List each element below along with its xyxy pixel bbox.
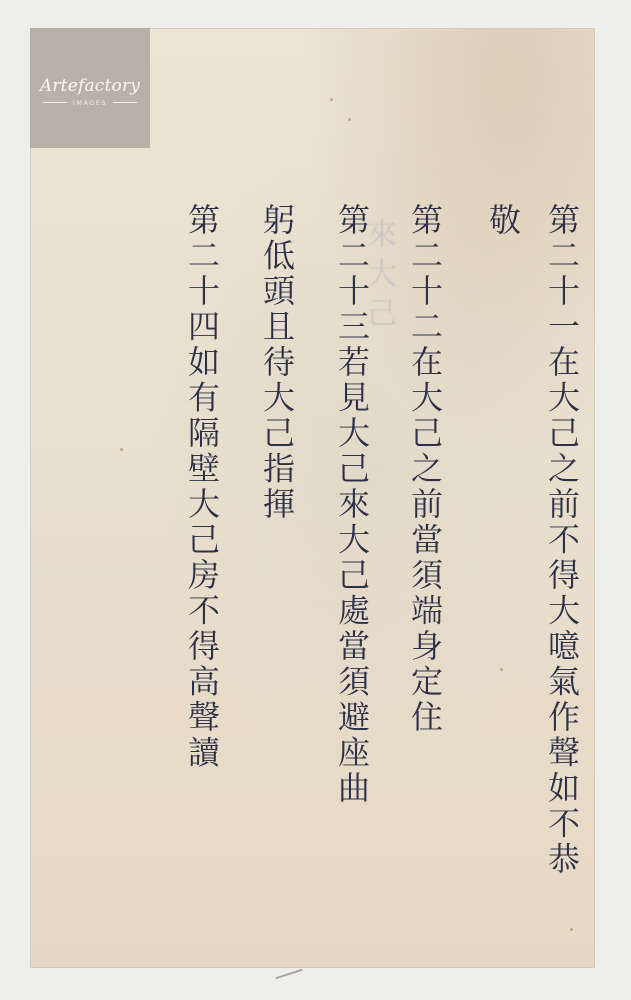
paper-mark bbox=[275, 969, 302, 980]
paper-speck bbox=[500, 668, 503, 671]
divider bbox=[113, 102, 137, 103]
manuscript-page: Artefactory IMAGES 來 大 己 第二十一在大己之前不得大噫氣作… bbox=[30, 28, 595, 968]
watermark-subtitle: IMAGES bbox=[43, 99, 137, 107]
text-column-6: 第二十四如有隔壁大己房不得高聲讀 bbox=[182, 203, 222, 771]
paper-speck bbox=[120, 448, 123, 451]
text-column-4: 第二十三若見大己來大己處當須避座曲 bbox=[332, 203, 372, 807]
watermark-logo: Artefactory IMAGES bbox=[30, 28, 150, 148]
paper-speck bbox=[330, 98, 333, 101]
divider bbox=[43, 102, 67, 103]
text-column-1: 第二十一在大己之前不得大噫氣作聲如不恭 bbox=[542, 203, 582, 878]
watermark-brand: Artefactory bbox=[40, 76, 140, 96]
paper-speck bbox=[348, 118, 351, 121]
paper-speck bbox=[570, 928, 573, 931]
text-column-5: 躬低頭且待大己指揮 bbox=[257, 203, 297, 523]
text-column-2: 敬 bbox=[483, 203, 523, 239]
watermark-subtitle-text: IMAGES bbox=[73, 99, 107, 107]
text-column-3: 第二十二在大己之前當須端身定住 bbox=[405, 203, 445, 736]
